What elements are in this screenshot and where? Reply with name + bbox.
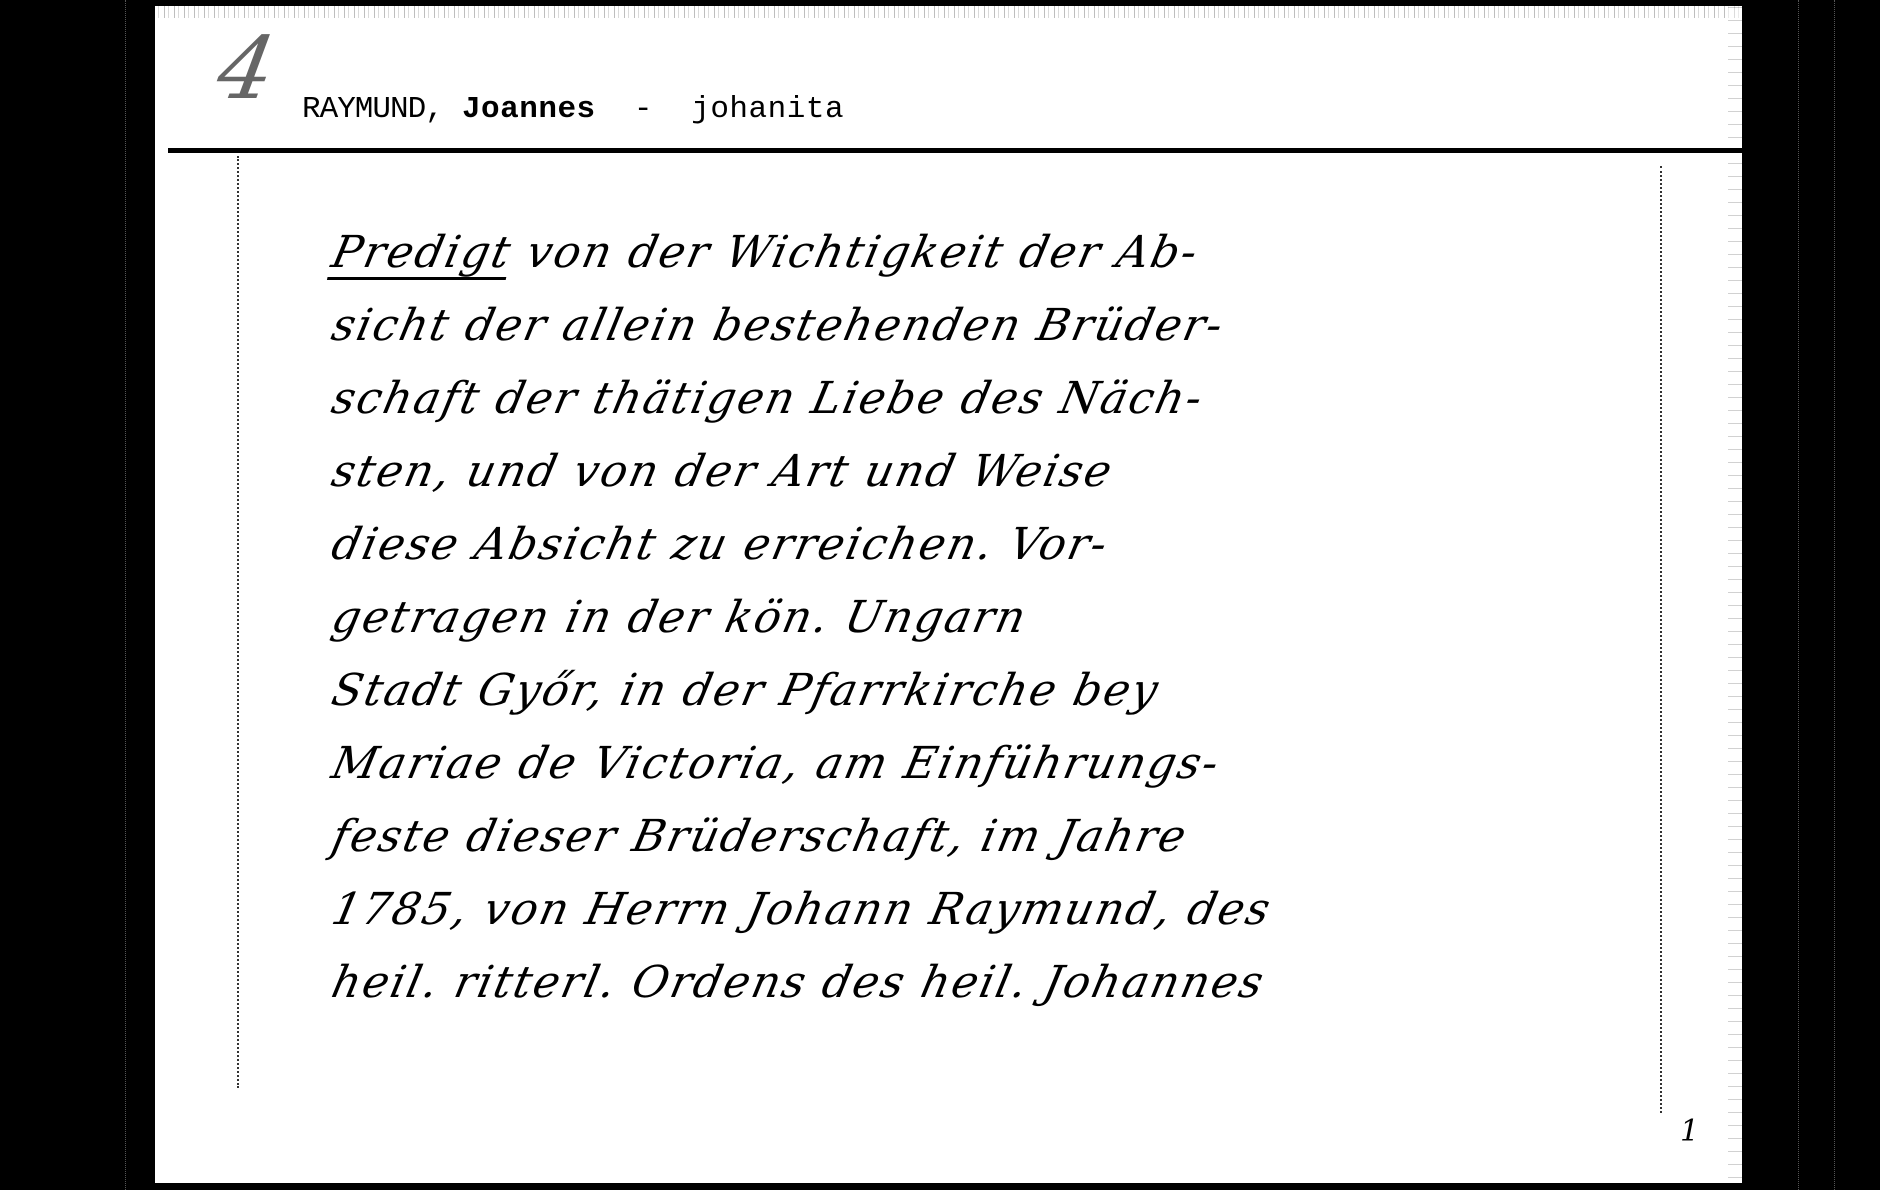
handwritten-line: Stadt Győr, in der Pfarrkirche bey	[325, 654, 1681, 727]
handwritten-line: Mariae de Victoria, am Einführungs-	[325, 727, 1681, 800]
handwritten-line: feste dieser Brüderschaft, im Jahre	[325, 800, 1681, 873]
header-order: johanita	[691, 92, 844, 127]
scan-noise-top	[155, 6, 1742, 18]
margin-pencil-mark: 4	[207, 26, 266, 136]
entry-title-word: Predigt	[327, 227, 517, 278]
handwritten-line: heil. ritterl. Ordens des heil. Johannes	[325, 946, 1681, 1019]
card-header: RAYMUND, Joannes - johanita	[302, 92, 844, 127]
handwritten-line: 1785, von Herrn Johann Raymund, des	[325, 873, 1681, 946]
scan-artifact-right-1	[1798, 0, 1800, 1190]
header-given-name: Joannes	[462, 92, 596, 127]
header-separator: -	[634, 92, 653, 127]
handwritten-entry: Predigt von der Wichtigkeit der Ab- sich…	[325, 216, 1665, 1019]
left-margin-line	[237, 156, 239, 1088]
handwritten-line: getragen in der kön. Ungarn	[325, 581, 1681, 654]
handwritten-line: diese Absicht zu erreichen. Vor-	[325, 508, 1681, 581]
handwritten-line: sicht der allein bestehenden Brüder-	[325, 289, 1681, 362]
handwritten-line: schaft der thätigen Liebe des Näch-	[325, 362, 1681, 435]
header-surname: RAYMUND,	[302, 92, 443, 127]
handwritten-line: Predigt von der Wichtigkeit der Ab-	[325, 216, 1681, 289]
scan-artifact-right-2	[1834, 0, 1836, 1190]
scan-noise-right	[1728, 6, 1742, 1183]
page-number: 1	[1680, 1114, 1699, 1149]
handwritten-line: sten, und von der Art und Weise	[325, 435, 1681, 508]
scan-artifact-left	[125, 0, 127, 1190]
catalog-card: 4 RAYMUND, Joannes - johanita Predigt vo…	[155, 6, 1742, 1183]
header-rule	[168, 148, 1742, 153]
